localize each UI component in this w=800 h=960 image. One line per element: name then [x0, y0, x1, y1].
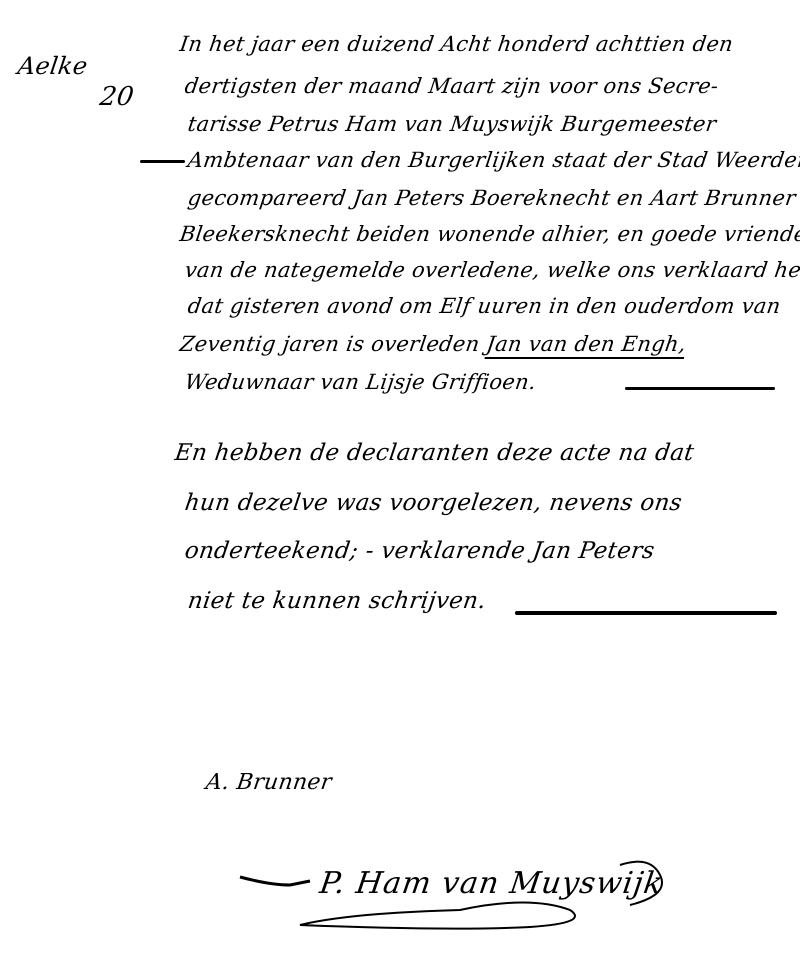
body-line-5: gecompareerd Jan Peters Boereknecht en A… [186, 186, 797, 210]
closing-line-3: onderteekend; - verklarende Jan Peters [183, 538, 656, 564]
signature-official: P. Ham van Muyswijk [318, 866, 666, 901]
body-line-2: dertigsten der maand Maart zijn voor ons… [183, 74, 720, 98]
body-line-3: tarisse Petrus Ham van Muyswijk Burgemee… [186, 112, 718, 136]
scanned-document-page: Aelke 20 In het jaar een duizend Acht ho… [0, 0, 800, 960]
margin-name: Aelke [16, 52, 89, 80]
line-filler-dash [140, 160, 185, 163]
margin-record-number: 20 [98, 82, 136, 112]
closing-filler-rule [515, 611, 777, 615]
closing-line-1: En hebben de declaranten deze acte na da… [173, 440, 696, 466]
body-line-10: Weduwnaar van Lijsje Griffioen. [183, 370, 537, 394]
body-line-9-text: Zeventig jaren is overleden [178, 332, 488, 356]
signature-witness: A. Brunner [204, 770, 333, 795]
body-line-8: dat gisteren avond om Elf uuren in den o… [186, 294, 782, 318]
deceased-name: Jan van den Engh, [485, 332, 688, 356]
line-filler-rule [625, 387, 775, 390]
closing-line-2: hun dezelve was voorgelezen, nevens ons [183, 490, 684, 516]
body-line-9: Zeventig jaren is overleden Jan van den … [178, 332, 687, 356]
body-line-7: van de nategemelde overledene, welke ons… [183, 258, 800, 282]
body-line-6: Bleekersknecht beiden wonende alhier, en… [178, 222, 800, 246]
body-line-4: Ambtenaar van den Burgerlijken staat der… [186, 148, 800, 172]
closing-line-4: niet te kunnen schrijven. [186, 588, 487, 614]
body-line-1: In het jaar een duizend Acht honderd ach… [178, 32, 734, 56]
